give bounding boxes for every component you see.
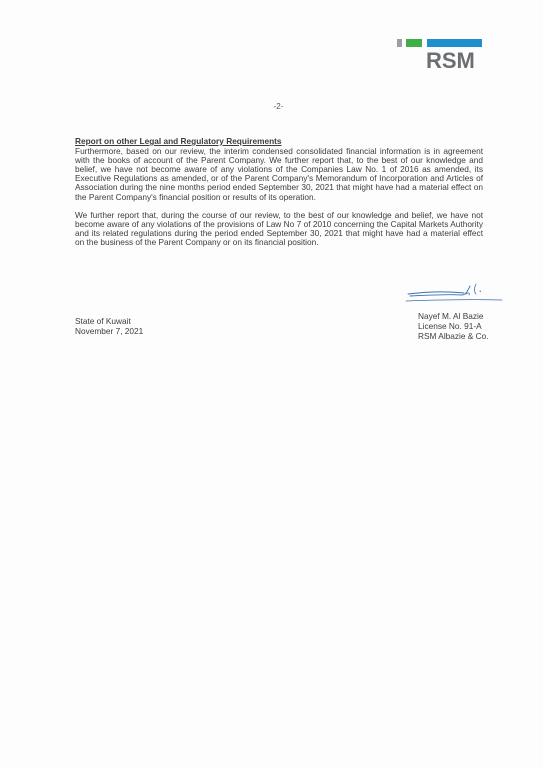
signature-icon: [404, 282, 504, 310]
paragraph-companies-law: Furthermore, based on our review, the in…: [75, 147, 483, 202]
report-date: November 7, 2021: [75, 326, 143, 336]
rsm-logo: RSM: [397, 39, 485, 79]
signatory-name: Nayef M. Al Bazie: [418, 311, 489, 321]
page-number: -2-: [0, 102, 543, 111]
signatory-license: License No. 91-A: [418, 321, 489, 331]
logo-text: RSM: [426, 49, 475, 73]
location: State of Kuwait: [75, 316, 143, 326]
document-page: RSM -2- Report on other Legal and Regula…: [0, 0, 543, 768]
logo-bars-icon: [397, 39, 485, 47]
paragraph-capital-markets: We further report that, during the cours…: [75, 211, 483, 248]
logo-green-bar: [406, 39, 422, 47]
signatory-details: Nayef M. Al Bazie License No. 91-A RSM A…: [418, 311, 489, 341]
location-date-block: State of Kuwait November 7, 2021: [75, 316, 143, 336]
report-section: Report on other Legal and Regulatory Req…: [75, 137, 483, 248]
signatory-firm: RSM Albazie & Co.: [418, 331, 489, 341]
logo-blue-bar: [427, 39, 482, 47]
logo-gray-bar: [397, 39, 402, 47]
